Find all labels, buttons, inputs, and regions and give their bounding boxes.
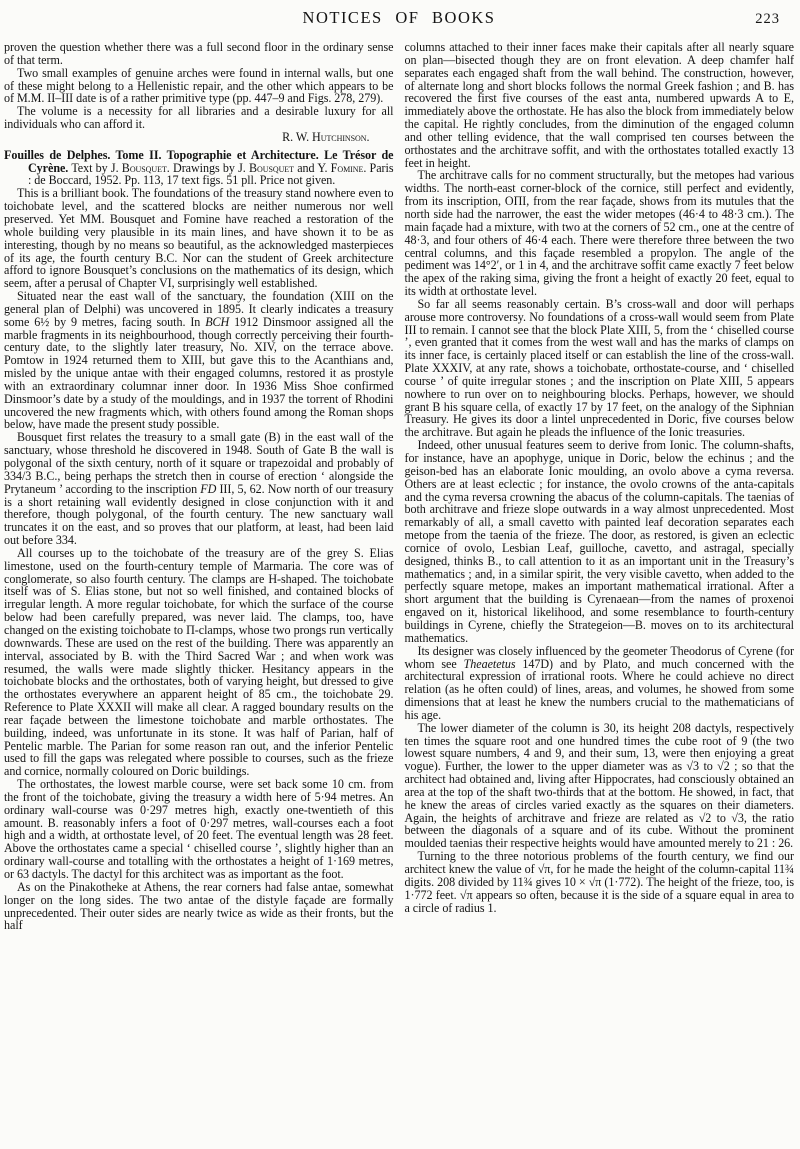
paragraph: The volume is a necessity for all librar… — [4, 105, 394, 131]
paragraph: proven the question whether there was a … — [4, 41, 394, 67]
book-citation: Fouilles de Delphes. Tome II. Topographi… — [4, 149, 394, 188]
page-number: 223 — [755, 11, 780, 28]
paragraph: Indeed, other unusual features seem to d… — [405, 439, 795, 645]
text-segment: Fomine — [331, 161, 364, 175]
text-segment: The orthostates, the lowest marble cours… — [4, 777, 394, 881]
text-segment: This is a brilliant book. The foundation… — [4, 186, 394, 290]
reviewer-signature: R. W. Hutchinson. — [4, 131, 394, 144]
paragraph: The lower diameter of the column is 30, … — [405, 722, 795, 850]
paragraph: Situated near the east wall of the sanct… — [4, 290, 394, 431]
text-segment: The lower diameter of the column is 30, … — [405, 721, 795, 851]
text-segment: 1912 Dinsmoor assigned all the marble fr… — [4, 315, 394, 432]
paragraph: This is a brilliant book. The foundation… — [4, 187, 394, 290]
paragraph: Bousquet first relates the treasury to a… — [4, 431, 394, 547]
paragraph: The architrave calls for no comment stru… — [405, 169, 795, 297]
text-segment: Two small examples of genuine arches wer… — [4, 66, 394, 106]
paragraph: Its designer was closely influenced by t… — [405, 645, 795, 722]
text-columns: proven the question whether there was a … — [4, 41, 794, 932]
text-segment: columns attached to their inner faces ma… — [405, 40, 795, 170]
paragraph: columns attached to their inner faces ma… — [405, 41, 795, 169]
paragraph: As on the Pinakotheke at Athens, the rea… — [4, 881, 394, 932]
journal-page: NOTICES OF BOOKS 223 proven the question… — [0, 0, 800, 932]
text-segment: R. W. Hutchinson. — [282, 130, 369, 144]
text-segment: Indeed, other unusual features seem to d… — [405, 438, 795, 645]
running-head: NOTICES OF BOOKS — [4, 8, 794, 28]
page-header: NOTICES OF BOOKS 223 — [4, 8, 794, 34]
text-segment: The volume is a necessity for all librar… — [4, 104, 394, 131]
right-column: columns attached to their inner faces ma… — [405, 41, 795, 932]
text-segment: So far all seems reasonably certain. B’s… — [405, 297, 795, 439]
text-segment: proven the question whether there was a … — [4, 40, 394, 67]
text-segment: As on the Pinakotheke at Athens, the rea… — [4, 880, 394, 933]
left-column: proven the question whether there was a … — [4, 41, 394, 932]
paragraph: The orthostates, the lowest marble cours… — [4, 778, 394, 881]
paragraph: Two small examples of genuine arches wer… — [4, 67, 394, 106]
paragraph: All courses up to the toichobate of the … — [4, 547, 394, 778]
paragraph: Turning to the three notorious problems … — [405, 850, 795, 914]
text-segment: The architrave calls for no comment stru… — [405, 168, 795, 298]
text-segment: All courses up to the toichobate of the … — [4, 546, 394, 778]
paragraph: So far all seems reasonably certain. B’s… — [405, 298, 795, 439]
text-segment: Turning to the three notorious problems … — [405, 849, 795, 914]
